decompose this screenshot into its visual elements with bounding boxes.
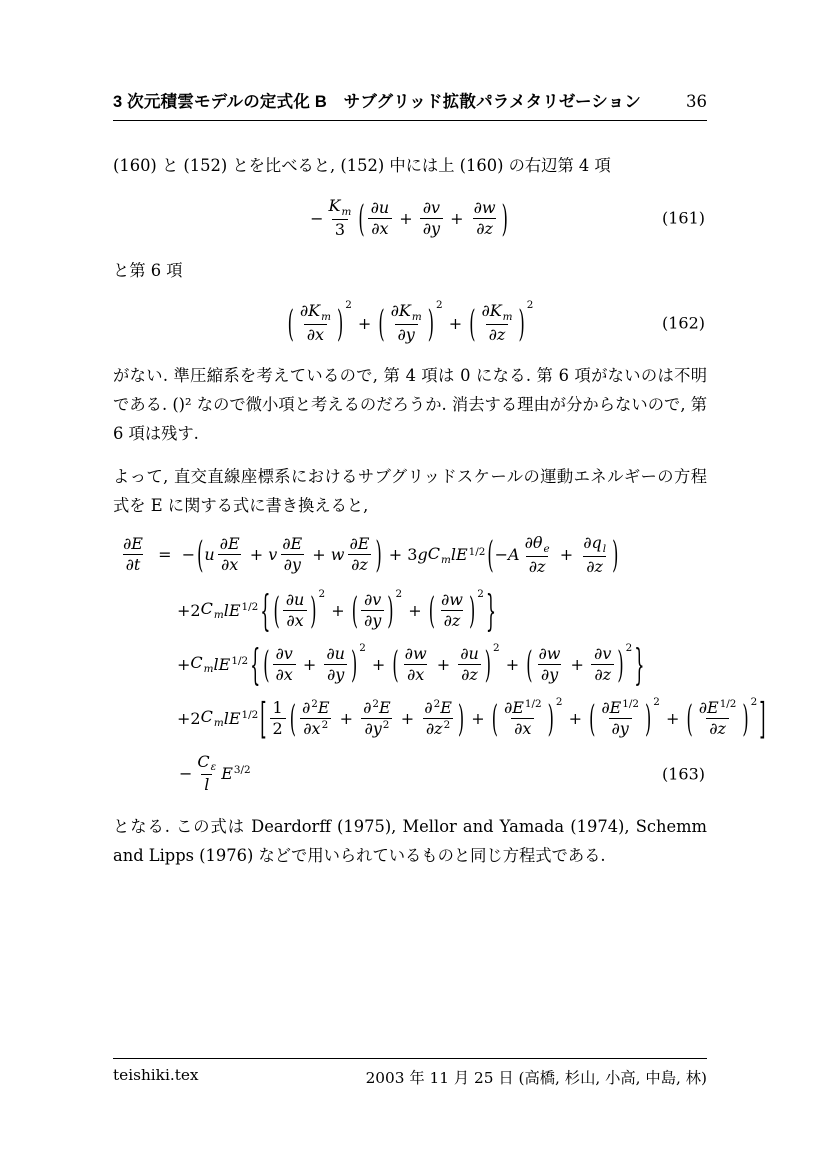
equation-163-line-1: ∂E∂t = −(u∂E∂x + v∂E∂y + w∂E∂z) + 3gCmlE… (118, 533, 707, 577)
equation-163-number: (163) (662, 764, 705, 783)
equation-161: −Km3(∂u∂x + ∂v∂y + ∂w∂z) (161) (113, 194, 707, 242)
equation-162-number: (162) (662, 314, 705, 333)
page-content: 3 次元積雲モデルの定式化 B サブグリッド拡散パラメタリゼーション 36 (1… (113, 88, 707, 870)
equation-163-line-4: +2CmlE1/2[12(∂2E∂x2 + ∂2E∂y2 + ∂2E∂z2) +… (177, 698, 707, 739)
page-header: 3 次元積雲モデルの定式化 B サブグリッド拡散パラメタリゼーション 36 (113, 88, 707, 121)
page-number: 36 (686, 92, 707, 111)
paragraph-lead-in: よって, 直交直線座標系におけるサブグリッドスケールの運動エネルギーの方程式を … (113, 462, 707, 520)
equation-163-line-3: +CmlE1/2{(∂v∂x + ∂u∂y)2 + (∂w∂x + ∂u∂z)2… (177, 644, 707, 685)
equation-161-body: −Km3(∂u∂x + ∂v∂y + ∂w∂z) (310, 196, 510, 240)
paragraph-discussion: がない. 準圧縮系を考えているので, 第 4 項は 0 になる. 第 6 項がな… (113, 361, 707, 448)
equation-163-line-5: −CεlE3/2 (163) (179, 752, 707, 796)
document-page: 3 次元積雲モデルの定式化 B サブグリッド拡散パラメタリゼーション 36 (1… (0, 0, 826, 1169)
paragraph-references: となる. この式は Deardorff (1975), Mellor and Y… (113, 812, 707, 870)
equation-163-line-2: +2CmlE1/2{(∂u∂x)2 + (∂v∂y)2 + (∂w∂z)2} (177, 590, 707, 631)
footer-date-authors: 2003 年 11 月 25 日 (高橋, 杉山, 小高, 中島, 林) (366, 1066, 707, 1088)
equation-163-line-5-body: −CεlE3/2 (179, 752, 251, 796)
paragraph-sixth-term: と第 6 項 (113, 256, 707, 285)
page-footer: teishiki.tex 2003 年 11 月 25 日 (高橋, 杉山, 小… (113, 1058, 707, 1088)
header-title: 3 次元積雲モデルの定式化 B サブグリッド拡散パラメタリゼーション (113, 88, 641, 112)
paragraph-intro-160-152: (160) と (152) とを比べると, (152) 中には上 (160) の… (113, 151, 707, 180)
footer-filename: teishiki.tex (113, 1066, 199, 1088)
equation-161-number: (161) (662, 209, 705, 228)
equation-162-body: (∂Km∂x)2 + (∂Km∂y)2 + (∂Km∂z)2 (286, 301, 535, 345)
equation-162: (∂Km∂x)2 + (∂Km∂y)2 + (∂Km∂z)2 (162) (113, 299, 707, 347)
equation-163: ∂E∂t = −(u∂E∂x + v∂E∂y + w∂E∂z) + 3gCmlE… (113, 533, 707, 796)
